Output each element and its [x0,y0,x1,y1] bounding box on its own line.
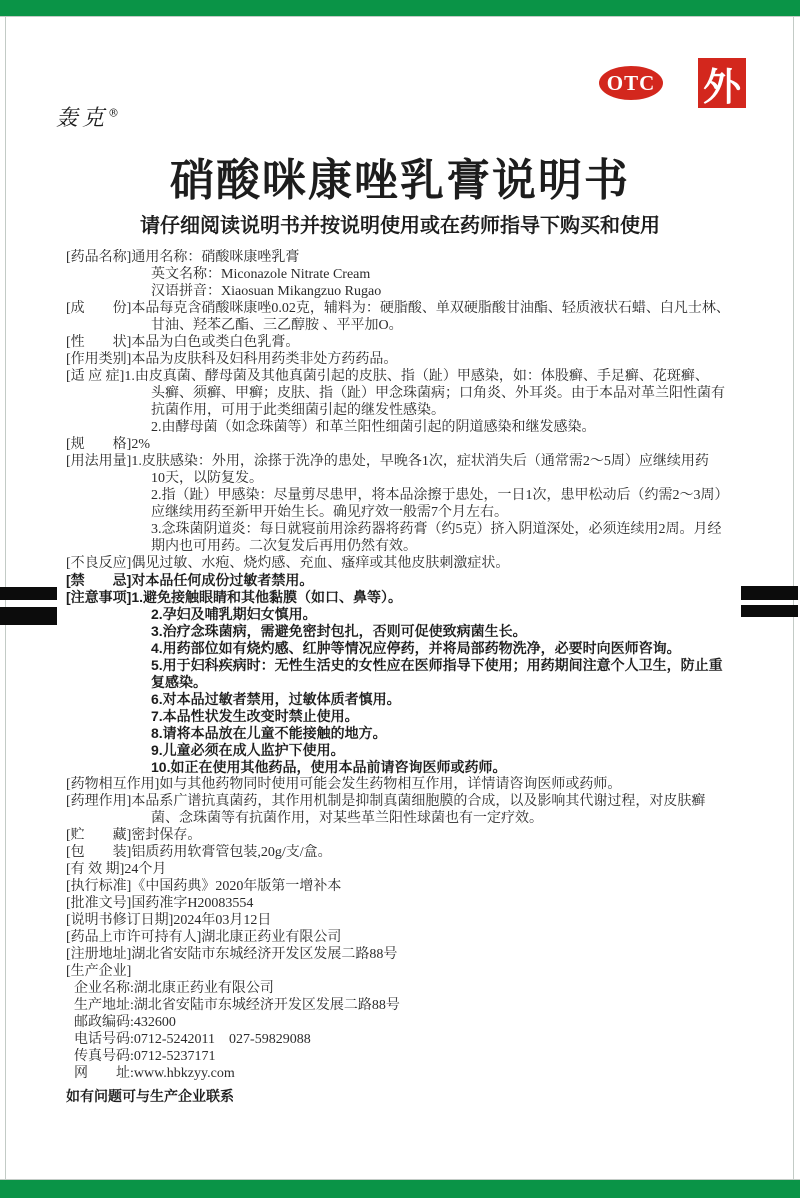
doc-line: [注意事项]1.避免接触眼睛和其他黏膜（如口、鼻等）。 [66,589,742,606]
otc-badge-label: OTC [607,71,656,96]
doc-line: [药品名称]通用名称：硝酸咪康唑乳膏 [66,249,742,266]
doc-line: [适 应 症]1.由皮真菌、酵母菌及其他真菌引起的皮肤、指（趾）甲感染，如：体股… [66,368,742,385]
doc-line: 菌、念珠菌等有抗菌作用，对某些革兰阳性球菌也有一定疗效。 [66,810,742,827]
doc-line: 网 址:www.hbkzyy.com [66,1065,742,1082]
doc-line: [执行标准]《中国药典》2020年版第一增补本 [66,878,742,895]
doc-line: 生产地址:湖北省安陆市东城经济开发区发展二路88号 [66,997,742,1014]
print-registration-mark [741,605,798,617]
leaflet-page: 轰克® OTC 外 硝酸咪康唑乳膏说明书 请仔细阅读说明书并按说明使用或在药师指… [0,0,800,1203]
doc-line: 期内也可用药。二次复发后再用仍然有效。 [66,538,742,555]
brand-name: 轰克 [56,106,108,131]
doc-line: 2.指（趾）甲感染：尽量剪尽患甲，将本品涂擦于患处，一日1次，患甲松动后（约需2… [66,487,742,504]
doc-line: 应继续用药至新甲开始生长。确见疗效一般需7个月左右。 [66,504,742,521]
doc-line: 2.由酵母菌（如念珠菌等）和革兰阳性细菌引起的阴道感染和继发感染。 [66,419,742,436]
registered-trademark-mark: ® [108,107,119,120]
page-title: 硝酸咪康唑乳膏说明书 [0,144,800,208]
doc-line: [批准文号]国药准字H20083554 [66,895,742,912]
doc-line: 2.孕妇及哺乳期妇女慎用。 [66,606,742,623]
doc-line: 5.用于妇科疾病时：无性生活史的女性应在医师指导下使用；用药期间注意个人卫生，防… [66,657,742,674]
doc-line: 10天，以防复发。 [66,470,742,487]
doc-line: 企业名称:湖北康正药业有限公司 [66,980,742,997]
doc-line: 电话号码:0712-5242011 027-59829088 [66,1031,742,1048]
doc-line: 4.用药部位如有烧灼感、红肿等情况应停药，并将局部药物洗净，必要时向医师咨询。 [66,640,742,657]
doc-line: [贮 藏]密封保存。 [66,827,742,844]
footer-note: 如有问题可与生产企业联系 [66,1088,742,1105]
green-bottom-band [0,1179,800,1198]
doc-line: 甘油、羟苯乙酯、三乙醇胺 、平平加O。 [66,317,742,334]
doc-line: [不良反应]偶见过敏、水疱、烧灼感、充血、瘙痒或其他皮肤刺激症状。 [66,555,742,572]
document-lines: [药品名称]通用名称：硝酸咪康唑乳膏英文名称：Miconazole Nitrat… [66,249,742,1082]
doc-line: 复感染。 [66,674,742,691]
doc-line: [性 状]本品为白色或类白色乳膏。 [66,334,742,351]
brand-logo: 轰克® [56,101,119,132]
doc-line: 3.念珠菌阴道炎：每日就寝前用涂药器将药膏（约5克）挤入阴道深处，必须连续用2周… [66,521,742,538]
doc-line: [注册地址]湖北省安陆市东城经济开发区发展二路88号 [66,946,742,963]
external-use-badge-label: 外 [703,56,741,111]
doc-line: [成 份]本品每克含硝酸咪康唑0.02克，辅料为：硬脂酸、单双硬脂酸甘油酯、轻质… [66,300,742,317]
doc-line: 7.本品性状发生改变时禁止使用。 [66,708,742,725]
doc-line: 邮政编码:432600 [66,1014,742,1031]
doc-line: [说明书修订日期]2024年03月12日 [66,912,742,929]
doc-line: [有 效 期]24个月 [66,861,742,878]
doc-line: [药物相互作用]如与其他药物同时使用可能会发生药物相互作用，详情请咨询医师或药师… [66,776,742,793]
doc-line: 传真号码:0712-5237171 [66,1048,742,1065]
document-body: [药品名称]通用名称：硝酸咪康唑乳膏英文名称：Miconazole Nitrat… [66,249,742,1105]
doc-line: 头癣、须癣、甲癣；皮肤、指（趾）甲念珠菌病；口角炎、外耳炎。由于本品对革兰阳性菌… [66,385,742,402]
doc-line: 英文名称：Miconazole Nitrate Cream [66,266,742,283]
doc-line: 9.儿童必须在成人监护下使用。 [66,742,742,759]
green-top-band [0,0,800,17]
doc-line: [用法用量]1.皮肤感染：外用，涂搽于洗净的患处，早晚各1次，症状消失后（通常需… [66,453,742,470]
doc-line: [药理作用]本品系广谱抗真菌药，其作用机制是抑制真菌细胞膜的合成，以及影响其代谢… [66,793,742,810]
doc-line: 抗菌作用，可用于此类细菌引起的继发性感染。 [66,402,742,419]
print-registration-mark [0,587,57,600]
doc-line: [包 装]铝质药用软膏管包装,20g/支/盒。 [66,844,742,861]
doc-line: [生产企业] [66,963,742,980]
page-subtitle: 请仔细阅读说明书并按说明使用或在药师指导下购买和使用 [0,209,800,238]
print-registration-mark [741,586,798,600]
doc-line: [禁 忌]对本品任何成份过敏者禁用。 [66,572,742,589]
doc-line: [规 格]2% [66,436,742,453]
doc-line: 6.对本品过敏者禁用，过敏体质者慎用。 [66,691,742,708]
doc-line: [药品上市许可持有人]湖北康正药业有限公司 [66,929,742,946]
otc-badge: OTC [599,66,663,100]
external-use-badge: 外 [698,58,746,108]
doc-line: 10.如正在使用其他药品，使用本品前请咨询医师或药师。 [66,759,742,776]
doc-line: 8.请将本品放在儿童不能接触的地方。 [66,725,742,742]
doc-line: 汉语拼音：Xiaosuan Mikangzuo Rugao [66,283,742,300]
doc-line: 3.治疗念珠菌病，需避免密封包扎，否则可促使致病菌生长。 [66,623,742,640]
doc-line: [作用类别]本品为皮肤科及妇科用药类非处方药药品。 [66,351,742,368]
print-registration-mark [0,607,57,625]
